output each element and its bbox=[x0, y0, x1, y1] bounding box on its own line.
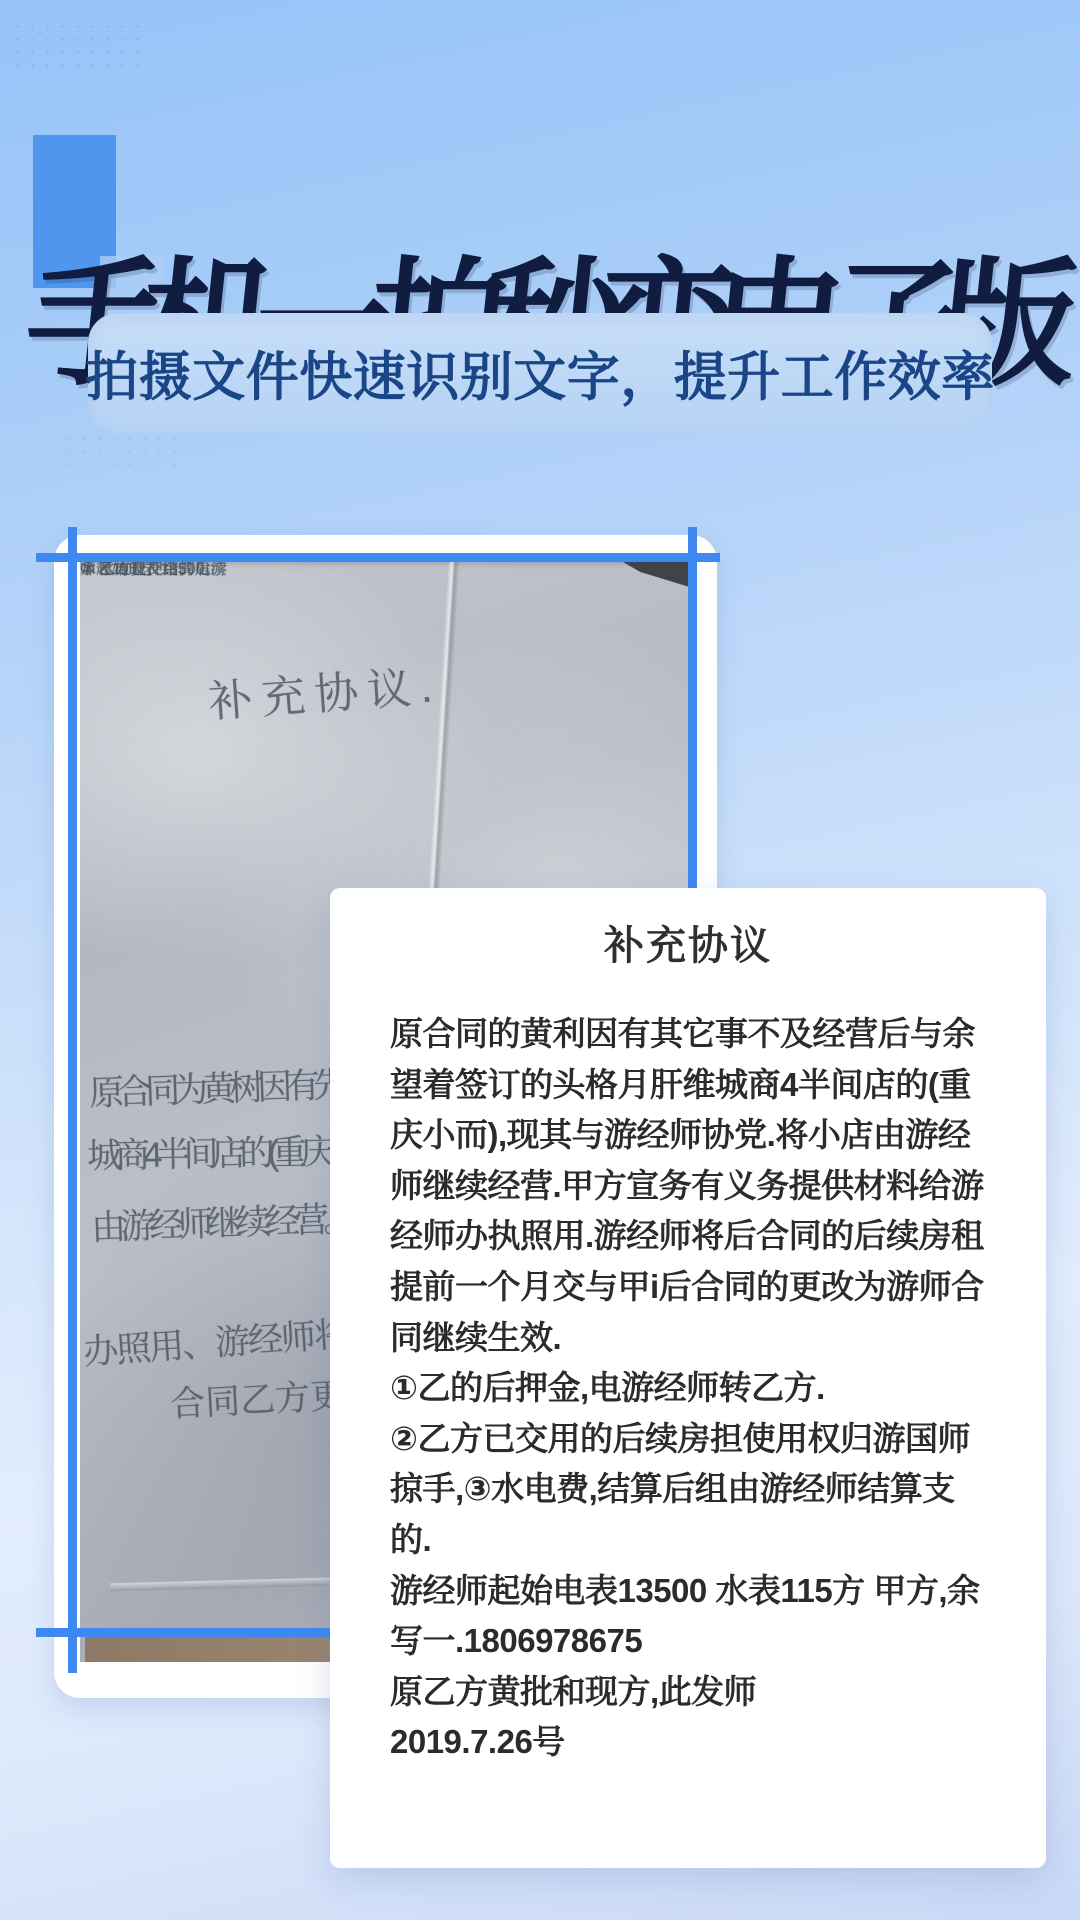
ocr-text-line: 师继续经营.甲方宣务有义务提供材料给游 bbox=[390, 1161, 990, 1212]
ocr-text-line: 写一.1806978675 bbox=[390, 1616, 990, 1667]
ocr-text-line: 庆小而),现其与游经师协党.将小店由游经 bbox=[390, 1110, 990, 1161]
ocr-text-line: 提前一个月交与甲i后合同的更改为游师合 bbox=[390, 1262, 990, 1313]
ocr-text-line: 掠手,③水电费,结算后组由游经师结算支 bbox=[390, 1464, 990, 1515]
ocr-text-line: 游经师起始电表13500 水表115方 甲方,余 bbox=[390, 1566, 990, 1617]
ocr-result-card: 补充协议 原合同的黄利因有其它事不及经营后与余 望着签订的头格月肝维城商4半间店… bbox=[330, 888, 1046, 1868]
promo-poster: { "header": { "title": "手机一拍秒变电子版", "sub… bbox=[0, 0, 1080, 1920]
ocr-text-line: ②乙方已交用的后续房担使用权归游国师 bbox=[390, 1414, 990, 1465]
ocr-text-line: 2019.7.26号 bbox=[390, 1717, 990, 1768]
ocr-text-line: 的. bbox=[390, 1515, 990, 1566]
ocr-text-line: 原乙方黄批和现方,此发师 bbox=[390, 1667, 990, 1718]
handwriting-title: 补充协议. bbox=[206, 650, 443, 730]
ocr-result-text: 原合同的黄利因有其它事不及经营后与余 望着签订的头格月肝维城商4半间店的(重 庆… bbox=[330, 1009, 1046, 1768]
ocr-result-title: 补充协议 bbox=[330, 888, 1046, 970]
crop-mark-left-line bbox=[68, 527, 77, 1673]
ocr-text-line: 望着签订的头格月肝维城商4半间店的(重 bbox=[390, 1060, 990, 1111]
ocr-text-line: 经师办执照用.游经师将后合同的后续房租 bbox=[390, 1211, 990, 1262]
handwriting-line: 办照用、游经师将 bbox=[82, 1307, 349, 1375]
subtitle-banner: 拍摄文件快速识别文字，提升工作效率 bbox=[88, 313, 992, 433]
subtitle-text: 拍摄文件快速识别文字，提升工作效率 bbox=[85, 335, 995, 411]
dot-pattern-top-left bbox=[10, 20, 150, 78]
ocr-text-line: 同继续生效. bbox=[390, 1313, 990, 1364]
crop-mark-top-line bbox=[36, 553, 720, 562]
ocr-text-line: ①乙的后押金,电游经师转乙方. bbox=[390, 1363, 990, 1414]
ocr-text-line: 原合同的黄利因有其它事不及经营后与余 bbox=[390, 1009, 990, 1060]
